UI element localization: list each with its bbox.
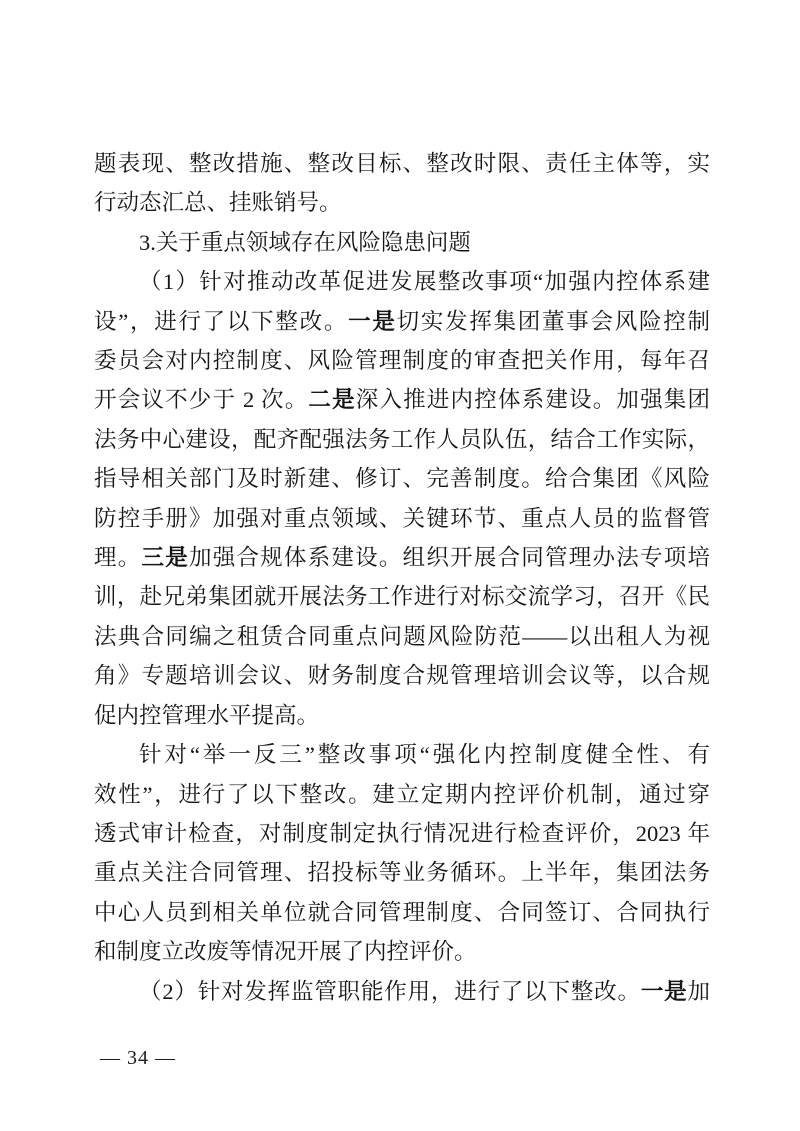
body-text: 切实发挥集团董事会风险控制 — [397, 309, 710, 334]
body-text: 题表现、整改措施、整改目标、整改时限、责任主体等，实 — [94, 151, 710, 176]
text-line: （1）针对推动改革促进发展整改事项“加强内控体系建 — [94, 262, 710, 301]
body-text: 促内控管理水平提高。 — [94, 703, 319, 728]
body-text: 角》专题培训会议、财务制度合规管理培训会议等，以合规 — [94, 663, 710, 688]
emphasis-text: 一是 — [348, 309, 396, 334]
document-body: 题表现、整改措施、整改目标、整改时限、责任主体等，实行动态汇总、挂账销号。3.关… — [94, 144, 710, 1011]
text-line: 法典合同编之租赁合同重点问题风险防范——以出租人为视 — [94, 617, 710, 656]
emphasis-text: 三是 — [141, 545, 188, 570]
body-text: 深入推进内控体系建设。加强集团 — [356, 387, 710, 412]
body-text: 和制度立改废等情况开展了内控评价。 — [94, 939, 477, 964]
text-line: 3.关于重点领域存在风险隐患问题 — [94, 223, 710, 262]
text-line: 透式审计检查，对制度制定执行情况进行检查评价，2023 年 — [94, 814, 710, 853]
body-text: 加 — [687, 979, 710, 1004]
body-text: 训，赴兄弟集团就开展法务工作进行对标交流学习，召开《民 — [94, 584, 710, 609]
body-text: 指导相关部门及时新建、修订、完善制度。给合集团《风险 — [94, 466, 710, 491]
text-line: 中心人员到相关单位就合同管理制度、合同签订、合同执行 — [94, 893, 710, 932]
text-line: 角》专题培训会议、财务制度合规管理培训会议等，以合规 — [94, 656, 710, 695]
body-text: 防控手册》加强对重点领域、关键环节、重点人员的监督管 — [94, 506, 710, 531]
text-line: 指导相关部门及时新建、修订、完善制度。给合集团《风险 — [94, 459, 710, 498]
text-line: 和制度立改废等情况开展了内控评价。 — [94, 932, 710, 971]
body-text: 重点关注合同管理、招投标等业务循环。上半年，集团法务 — [94, 860, 710, 885]
body-text: 透式审计检查，对制度制定执行情况进行检查评价，2023 年 — [94, 821, 710, 846]
body-text: 法务中心建设，配齐配强法务工作人员队伍，结合工作实际， — [94, 427, 710, 452]
text-line: 训，赴兄弟集团就开展法务工作进行对标交流学习，召开《民 — [94, 577, 710, 616]
body-text: 法典合同编之租赁合同重点问题风险防范——以出租人为视 — [94, 624, 710, 649]
body-text: 中心人员到相关单位就合同管理制度、合同签订、合同执行 — [94, 900, 710, 925]
text-line: 针对“举一反三”整改事项“强化内控制度健全性、有 — [94, 735, 710, 774]
body-text: （2）针对发挥监管职能作用，进行了以下整改。 — [139, 979, 641, 1004]
text-line: 防控手册》加强对重点领域、关键环节、重点人员的监督管 — [94, 499, 710, 538]
body-text: 针对“举一反三”整改事项“强化内控制度健全性、有 — [139, 742, 710, 767]
page-number: — 34 — — [100, 1045, 176, 1071]
body-text: 行动态汇总、挂账销号。 — [94, 190, 342, 215]
emphasis-text: 一是 — [641, 979, 688, 1004]
text-line: 开会议不少于 2 次。二是深入推进内控体系建设。加强集团 — [94, 380, 710, 419]
body-text: 加强合规体系建设。组织开展合同管理办法专项培 — [189, 545, 710, 570]
body-text: 设”，进行了以下整改。 — [94, 309, 348, 334]
text-line: 法务中心建设，配齐配强法务工作人员队伍，结合工作实际， — [94, 420, 710, 459]
text-line: 行动态汇总、挂账销号。 — [94, 183, 710, 222]
text-line: 理。三是加强合规体系建设。组织开展合同管理办法专项培 — [94, 538, 710, 577]
text-line: 促内控管理水平提高。 — [94, 696, 710, 735]
body-text: （1）针对推动改革促进发展整改事项“加强内控体系建 — [139, 269, 710, 294]
text-line: 委员会对内控制度、风险管理制度的审查把关作用，每年召 — [94, 341, 710, 380]
text-line: 重点关注合同管理、招投标等业务循环。上半年，集团法务 — [94, 853, 710, 892]
body-text: 3.关于重点领域存在风险隐患问题 — [139, 230, 471, 255]
body-text: 开会议不少于 2 次。 — [94, 387, 308, 412]
document-page: 题表现、整改措施、整改目标、整改时限、责任主体等，实行动态汇总、挂账销号。3.关… — [0, 0, 800, 1131]
body-text: 效性”，进行了以下整改。建立定期内控评价机制，通过穿 — [94, 782, 710, 807]
body-text: 理。 — [94, 545, 141, 570]
body-text: 委员会对内控制度、风险管理制度的审查把关作用，每年召 — [94, 348, 710, 373]
text-line: 效性”，进行了以下整改。建立定期内控评价机制，通过穿 — [94, 775, 710, 814]
text-line: 题表现、整改措施、整改目标、整改时限、责任主体等，实 — [94, 144, 710, 183]
text-line: 设”，进行了以下整改。一是切实发挥集团董事会风险控制 — [94, 302, 710, 341]
text-line: （2）针对发挥监管职能作用，进行了以下整改。一是加 — [94, 972, 710, 1011]
emphasis-text: 二是 — [308, 387, 355, 412]
